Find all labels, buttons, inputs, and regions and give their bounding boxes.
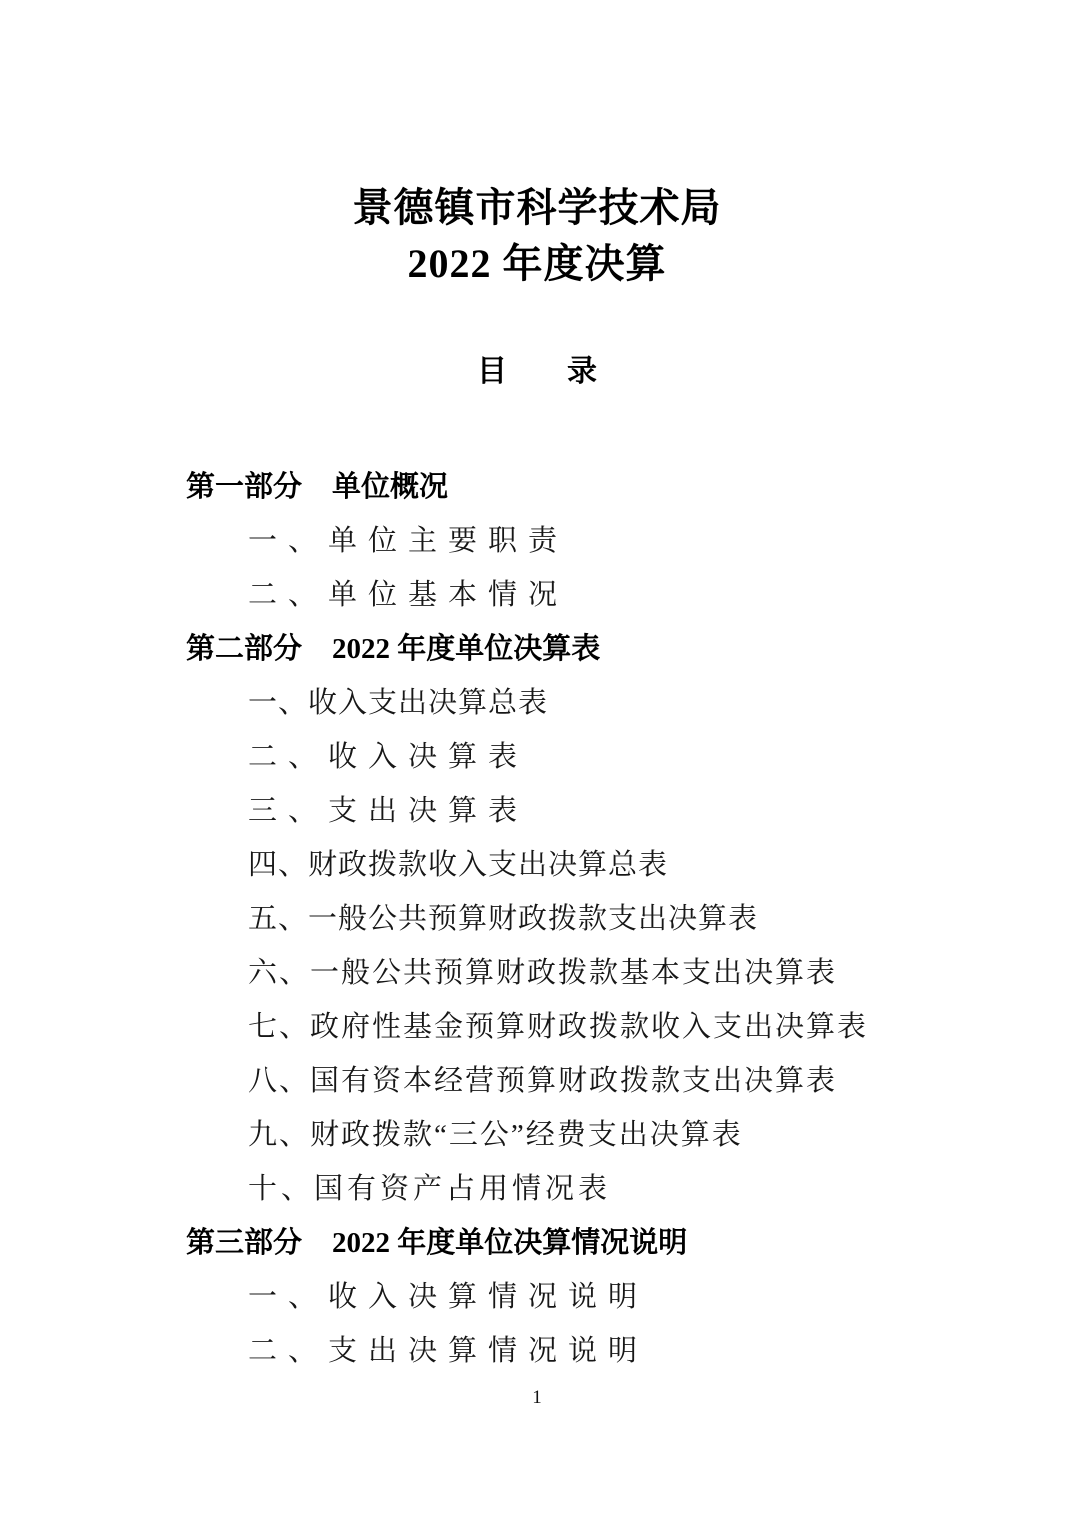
toc-item: 一、收入决算情况说明 [186, 1270, 1026, 1324]
toc-item: 一、收入支出决算总表 [186, 676, 1026, 730]
toc-section-heading-1: 第一部分单位概况 [186, 460, 1026, 514]
toc-item: 四、财政拨款收入支出决算总表 [186, 838, 1026, 892]
toc-section-label: 第一部分 [186, 471, 302, 503]
toc-heading: 目录 [0, 351, 1074, 393]
toc-section-title: 单位概况 [332, 471, 448, 503]
toc-item: 七、政府性基金预算财政拨款收入支出决算表 [186, 1000, 1026, 1054]
toc-item: 三、支出决算表 [186, 784, 1026, 838]
toc-item: 二、支出决算情况说明 [186, 1324, 1026, 1378]
document-title-line2: 2022 年度决算 [0, 236, 1074, 292]
toc-section-heading-3: 第三部分2022 年度单位决算情况说明 [186, 1216, 1026, 1270]
toc-item: 六、一般公共预算财政拨款基本支出决算表 [186, 946, 1026, 1000]
table-of-contents: 第一部分单位概况 一、单位主要职责 二、单位基本情况 第二部分2022 年度单位… [186, 460, 1026, 1378]
toc-item: 九、财政拨款“三公”经费支出决算表 [186, 1108, 1026, 1162]
toc-heading-left-char: 目 [477, 355, 507, 388]
toc-item: 八、国有资本经营预算财政拨款支出决算表 [186, 1054, 1026, 1108]
toc-item: 二、单位基本情况 [186, 568, 1026, 622]
page-number: 1 [0, 1383, 1074, 1413]
toc-section-label: 第三部分 [186, 1227, 302, 1259]
toc-item: 十、国有资产占用情况表 [186, 1162, 1026, 1216]
toc-section-title: 2022 年度单位决算表 [332, 633, 600, 665]
toc-section-heading-2: 第二部分2022 年度单位决算表 [186, 622, 1026, 676]
toc-section-title: 2022 年度单位决算情况说明 [332, 1227, 687, 1259]
toc-item: 五、一般公共预算财政拨款支出决算表 [186, 892, 1026, 946]
toc-item: 二、收入决算表 [186, 730, 1026, 784]
toc-item: 一、单位主要职责 [186, 514, 1026, 568]
toc-section-label: 第二部分 [186, 633, 302, 665]
toc-heading-right-char: 录 [567, 355, 597, 388]
document-title: 景德镇市科学技术局 2022 年度决算 [0, 180, 1074, 292]
document-page: 景德镇市科学技术局 2022 年度决算 目录 第一部分单位概况 一、单位主要职责… [0, 0, 1074, 1520]
document-title-line1: 景德镇市科学技术局 [0, 180, 1074, 236]
